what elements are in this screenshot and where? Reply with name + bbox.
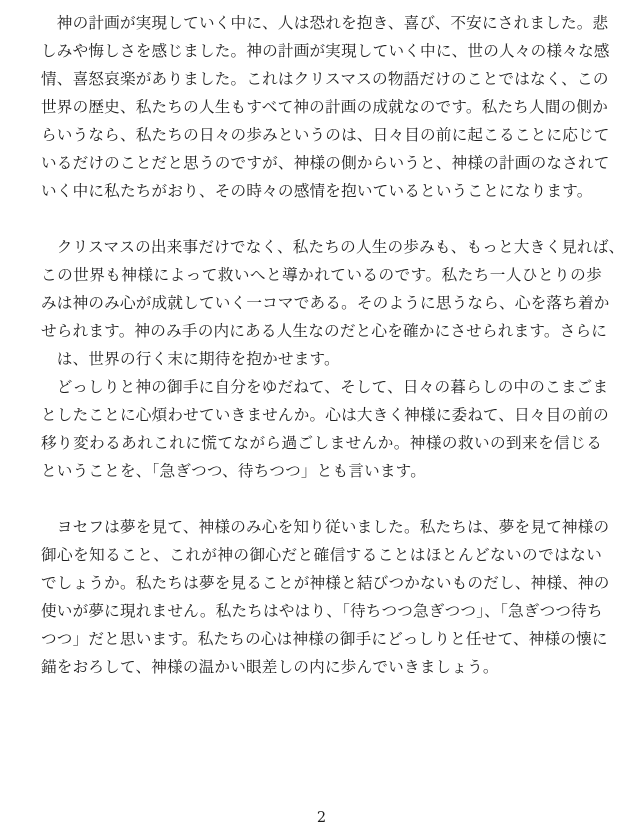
text-line: しみや悔しさを感じました。神の計画が実現していく中に、世の人々の様々な感 <box>41 37 602 65</box>
text-line: みは神のみ心が成就していく一コマである。そのように思うなら、心を落ち着か <box>41 289 602 317</box>
text-line: ヨセフは夢を見て、神様のみ心を知り従いました。私たちは、夢を見て神様の <box>41 513 602 541</box>
text-line: 御心を知ること、これが神の御心だと確信することはほとんどないのではない <box>41 541 602 569</box>
text-line: この世界も神様によって救いへと導かれているのです。私たち一人ひとりの歩 <box>41 261 602 289</box>
paragraph: クリスマスの出来事だけでなく、私たちの人生の歩みも、もっと大きく見れば、この世界… <box>41 233 602 373</box>
text-line: ということを、「急ぎつつ、待ちつつ」とも言います。 <box>41 457 602 485</box>
text-line: つつ」だと思います。私たちの心は神様の御手にどっしりと任せて、神様の懐に <box>41 625 602 653</box>
text-line: クリスマスの出来事だけでなく、私たちの人生の歩みも、もっと大きく見れば、 <box>41 233 602 261</box>
paragraph: ヨセフは夢を見て、神様のみ心を知り従いました。私たちは、夢を見て神様の御心を知る… <box>41 513 602 681</box>
document-body: 神の計画が実現していく中に、人は恐れを抱き、喜び、不安にされました。悲しみや悔し… <box>41 9 602 681</box>
text-line: としたことに心煩わせていきませんか。心は大きく神様に委ねて、日々目の前の <box>41 401 602 429</box>
text-line: いく中に私たちがおり、その時々の感情を抱いているということになります。 <box>41 177 602 205</box>
text-line: でしょうか。私たちは夢を見ることが神様と結びつかないものだし、神様、神の <box>41 569 602 597</box>
text-line: らいうなら、私たちの日々の歩みというのは、日々目の前に起こることに応じて <box>41 121 602 149</box>
text-line: 錨をおろして、神様の温かい眼差しの内に歩んでいきましょう。 <box>41 653 602 681</box>
document-page: 神の計画が実現していく中に、人は恐れを抱き、喜び、不安にされました。悲しみや悔し… <box>0 0 643 836</box>
page-number: 2 <box>317 810 326 826</box>
text-line: いるだけのことだと思うのですが、神様の側からいうと、神様の計画のなされて <box>41 149 602 177</box>
paragraph: どっしりと神の御手に自分をゆだねて、そして、日々の暮らしの中のこまごまとしたこと… <box>41 373 602 485</box>
text-line: 移り変わるあれこれに慌てながら過ごしませんか。神様の救いの到来を信じる <box>41 429 602 457</box>
text-line: 情、喜怒哀楽がありました。これはクリスマスの物語だけのことではなく、この <box>41 65 602 93</box>
page-footer: 2 <box>0 804 643 832</box>
text-line: 世界の歴史、私たちの人生もすべて神の計画の成就なのです。私たち人間の側か <box>41 93 602 121</box>
text-line: は、世界の行く末に期待を抱かせます。 <box>41 345 602 373</box>
text-line: どっしりと神の御手に自分をゆだねて、そして、日々の暮らしの中のこまごま <box>41 373 602 401</box>
text-line: 神の計画が実現していく中に、人は恐れを抱き、喜び、不安にされました。悲 <box>41 9 602 37</box>
paragraph: 神の計画が実現していく中に、人は恐れを抱き、喜び、不安にされました。悲しみや悔し… <box>41 9 602 205</box>
text-line: せられます。神のみ手の内にある人生なのだと心を確かにさせられます。さらに <box>41 317 602 345</box>
text-line: 使いが夢に現れません。私たちはやはり、「待ちつつ急ぎつつ」、「急ぎつつ待ち <box>41 597 602 625</box>
